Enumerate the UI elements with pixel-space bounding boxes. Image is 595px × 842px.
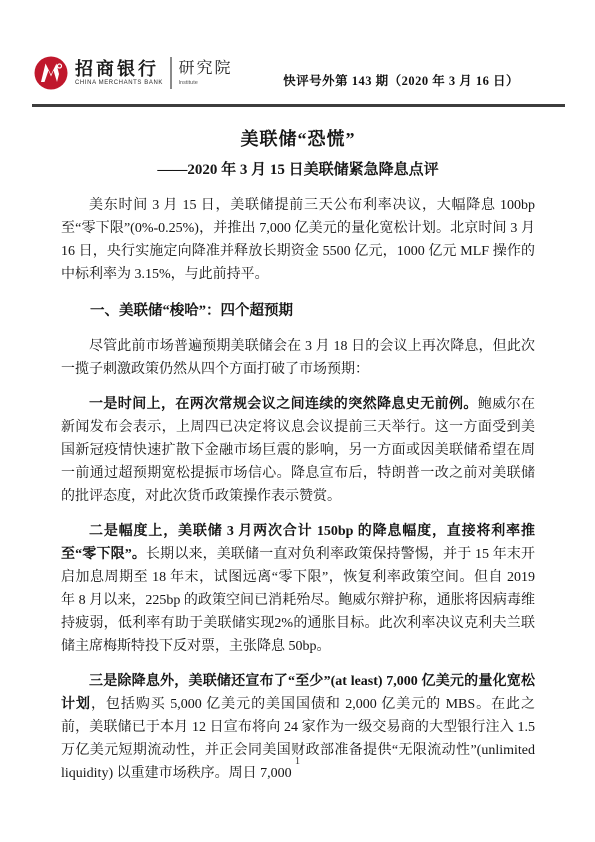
logo-divider bbox=[170, 57, 172, 89]
institute-name-en: Institute bbox=[179, 79, 233, 87]
header-rule bbox=[32, 104, 565, 107]
cmb-logo: 招商银行 CHINA MERCHANTS BANK 研究院 Institute bbox=[33, 55, 233, 91]
section-1-lead: 尽管此前市场普遍预期美联储会在 3 月 18 日的会议上再次降息，但此次一揽子刺… bbox=[61, 335, 535, 381]
institute-name: 研究院 bbox=[179, 59, 233, 79]
report-header: 招商银行 CHINA MERCHANTS BANK 研究院 Institute … bbox=[33, 55, 565, 91]
point-1-paragraph: 一是时间上，在两次常规会议之间连续的突然降息史无前例。鲍威尔在新闻发布会表示，上… bbox=[61, 393, 535, 508]
report-title: 美联储“恐慌” bbox=[61, 126, 535, 152]
point-3-text: ，包括购买 5,000 亿美元的美国国债和 2,000 亿美元的 MBS。在此之… bbox=[61, 697, 535, 781]
bank-name-block: 招商银行 CHINA MERCHANTS BANK bbox=[75, 59, 163, 87]
bank-name-zh: 招商银行 bbox=[75, 59, 163, 79]
point-2-text: 长期以来，美联储一直对负利率政策保持警惕，并于 15 年末开启加息周期至 18 … bbox=[61, 547, 535, 654]
lead-paragraph: 美东时间 3 月 15 日，美联储提前三天公布利率决议，大幅降息 100bp 至… bbox=[61, 194, 535, 286]
document-page: 招商银行 CHINA MERCHANTS BANK 研究院 Institute … bbox=[0, 0, 595, 842]
point-3-paragraph: 三是除降息外，美联储还宣布了“至少”(at least) 7,000 亿美元的量… bbox=[61, 670, 535, 785]
report-subtitle: ——2020 年 3 月 15 日美联储紧急降息点评 bbox=[61, 158, 535, 182]
point-1-text: 鲍威尔在新闻发布会表示，上周四已决定将议息会议提前三天举行。这一方面受到美国新冠… bbox=[61, 397, 535, 504]
cmb-logo-icon bbox=[33, 55, 69, 91]
bank-name-en: CHINA MERCHANTS BANK bbox=[75, 79, 163, 87]
page-number: 1 bbox=[0, 756, 595, 767]
point-2-paragraph: 二是幅度上，美联储 3 月两次合计 150bp 的降息幅度，直接将利率推至“零下… bbox=[61, 520, 535, 658]
institute-block: 研究院 Institute bbox=[179, 59, 233, 87]
section-1-heading: 一、美联储“梭哈”：四个超预期 bbox=[61, 300, 535, 323]
point-1-lead-in: 一是时间上，在两次常规会议之间连续的突然降息史无前例。 bbox=[89, 397, 478, 412]
report-body: 美联储“恐慌” ——2020 年 3 月 15 日美联储紧急降息点评 美东时间 … bbox=[61, 118, 535, 785]
issue-info: 快评号外第 143 期（2020 年 3 月 16 日） bbox=[283, 55, 565, 89]
